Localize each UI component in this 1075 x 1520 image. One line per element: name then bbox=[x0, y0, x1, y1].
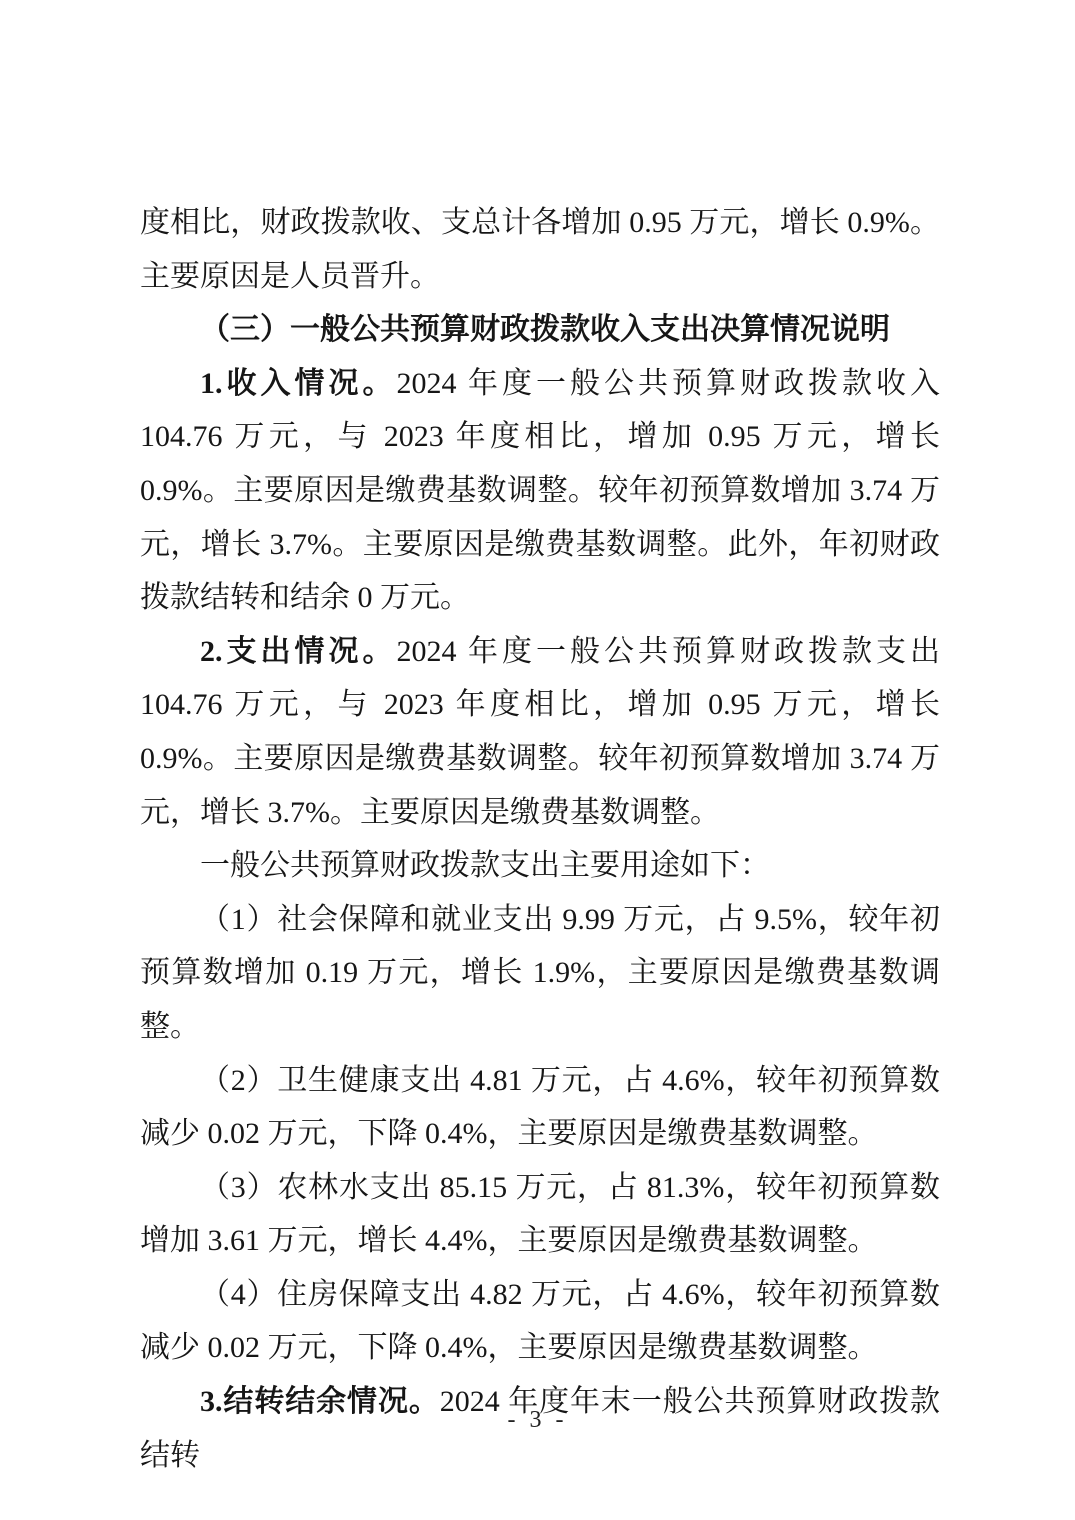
paragraph-expenditure: 2.支出情况。2024 年度一般公共预算财政拨款支出 104.76 万元，与 2… bbox=[140, 625, 940, 839]
paragraph-item-1: （1）社会保障和就业支出 9.99 万元，占 9.5%，较年初预算数增加 0.1… bbox=[140, 893, 940, 1054]
paragraph-usage-intro: 一般公共预算财政拨款支出主要用途如下： bbox=[140, 839, 940, 893]
document-body: 度相比，财政拨款收、支总计各增加 0.95 万元，增长 0.9%。主要原因是人员… bbox=[140, 196, 940, 1482]
paragraph-item-2: （2）卫生健康支出 4.81 万元，占 4.6%，较年初预算数减少 0.02 万… bbox=[140, 1054, 940, 1161]
section-heading: （三）一般公共预算财政拨款收入支出决算情况说明 bbox=[140, 303, 940, 357]
paragraph-item-3: （3）农林水支出 85.15 万元，占 81.3%，较年初预算数增加 3.61 … bbox=[140, 1161, 940, 1268]
paragraph-income: 1.收入情况。2024 年度一般公共预算财政拨款收入 104.76 万元，与 2… bbox=[140, 357, 940, 625]
paragraph-lead: 1.收入情况。 bbox=[200, 367, 397, 400]
paragraph-lead: 2.支出情况。 bbox=[200, 635, 397, 668]
page-number: - 3 - bbox=[0, 1405, 1075, 1435]
paragraph-continuation: 度相比，财政拨款收、支总计各增加 0.95 万元，增长 0.9%。主要原因是人员… bbox=[140, 196, 940, 303]
paragraph-text: 2024 年度一般公共预算财政拨款收入 104.76 万元，与 2023 年度相… bbox=[140, 367, 940, 614]
paragraph-item-4: （4）住房保障支出 4.82 万元，占 4.6%，较年初预算数减少 0.02 万… bbox=[140, 1268, 940, 1375]
document-page: 度相比，财政拨款收、支总计各增加 0.95 万元，增长 0.9%。主要原因是人员… bbox=[0, 0, 1075, 1520]
